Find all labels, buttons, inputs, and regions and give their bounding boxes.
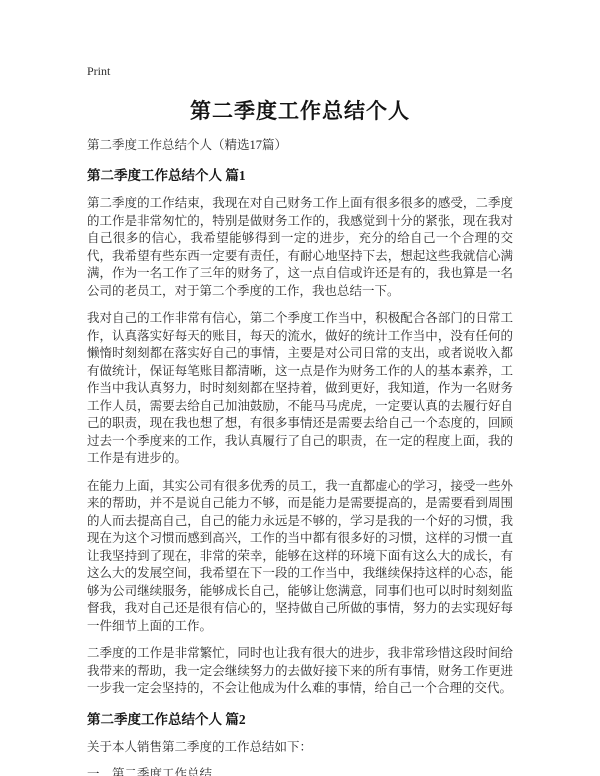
paragraph: 第二季度的工作结束，我现在对自己财务工作上面有很多很多的感受，二季度的工作是非常…: [87, 195, 513, 300]
paragraph: 关于本人销售第二季度的工作总结如下：: [87, 739, 513, 757]
paragraph: 一、第二季度工作总结: [87, 766, 513, 776]
section-heading-part2: 第二季度工作总结个人 篇2: [87, 711, 513, 729]
section-heading-part1: 第二季度工作总结个人 篇1: [87, 167, 513, 185]
print-button[interactable]: Print: [87, 64, 110, 79]
paragraph: 二季度的工作是非常繁忙，同时也让我有很大的进步，我非常珍惜这段时间给我带来的帮助…: [87, 645, 513, 698]
paragraph: 我对自己的工作非常有信心，第二个季度工作当中，积极配合各部门的日常工作，认真落实…: [87, 310, 513, 468]
paragraph: 在能力上面，其实公司有很多优秀的员工，我一直都虚心的学习，接受一些外来的帮助，并…: [87, 478, 513, 636]
document-subtitle: 第二季度工作总结个人（精选17篇）: [87, 137, 513, 154]
document-page: Print 第二季度工作总结个人 第二季度工作总结个人（精选17篇） 第二季度工…: [0, 0, 600, 776]
page-title: 第二季度工作总结个人: [87, 98, 513, 124]
